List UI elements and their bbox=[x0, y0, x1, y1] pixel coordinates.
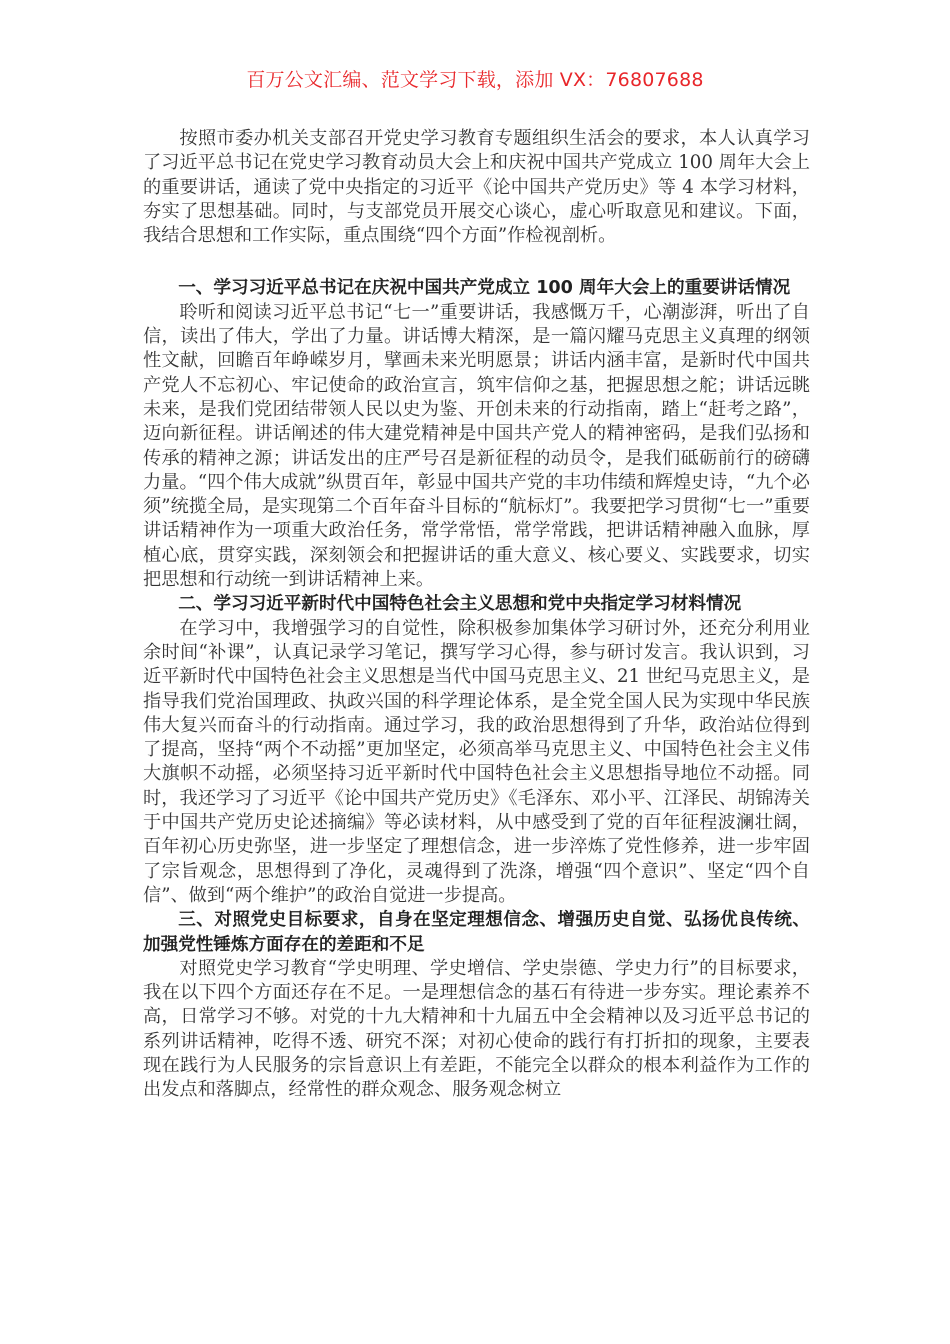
section-2-heading: 二、学习习近平新时代中国特色社会主义思想和党中央指定学习材料情况 bbox=[143, 592, 810, 616]
section-spacer bbox=[143, 248, 810, 276]
section-1-body: 聆听和阅读习近平总书记“七一”重要讲话，我感慨万千，心潮澎湃，听出了自信，读出了… bbox=[143, 301, 810, 593]
promo-banner: 百万公文汇编、范文学习下载，添加 VX：76807688 bbox=[0, 66, 950, 94]
section-3-heading: 三、对照党史目标要求，自身在坚定理想信念、增强历史自觉、弘扬优良传统、加强党性锤… bbox=[143, 908, 810, 957]
intro-paragraph: 按照市委办机关支部召开党史学习教育专题组织生活会的要求，本人认真学习了习近平总书… bbox=[143, 127, 810, 248]
document-body: 按照市委办机关支部召开党史学习教育专题组织生活会的要求，本人认真学习了习近平总书… bbox=[143, 127, 810, 1103]
promo-banner-text: 百万公文汇编、范文学习下载，添加 VX：76807688 bbox=[246, 69, 703, 91]
section-3-body: 对照党史学习教育“学史明理、学史增信、学史崇德、学史力行”的目标要求，我在以下四… bbox=[143, 957, 810, 1103]
section-1-heading: 一、学习习近平总书记在庆祝中国共产党成立 100 周年大会上的重要讲话情况 bbox=[143, 276, 810, 300]
section-2-body: 在学习中，我增强学习的自觉性，除积极参加集体学习研讨外，还充分利用业余时间“补课… bbox=[143, 617, 810, 909]
